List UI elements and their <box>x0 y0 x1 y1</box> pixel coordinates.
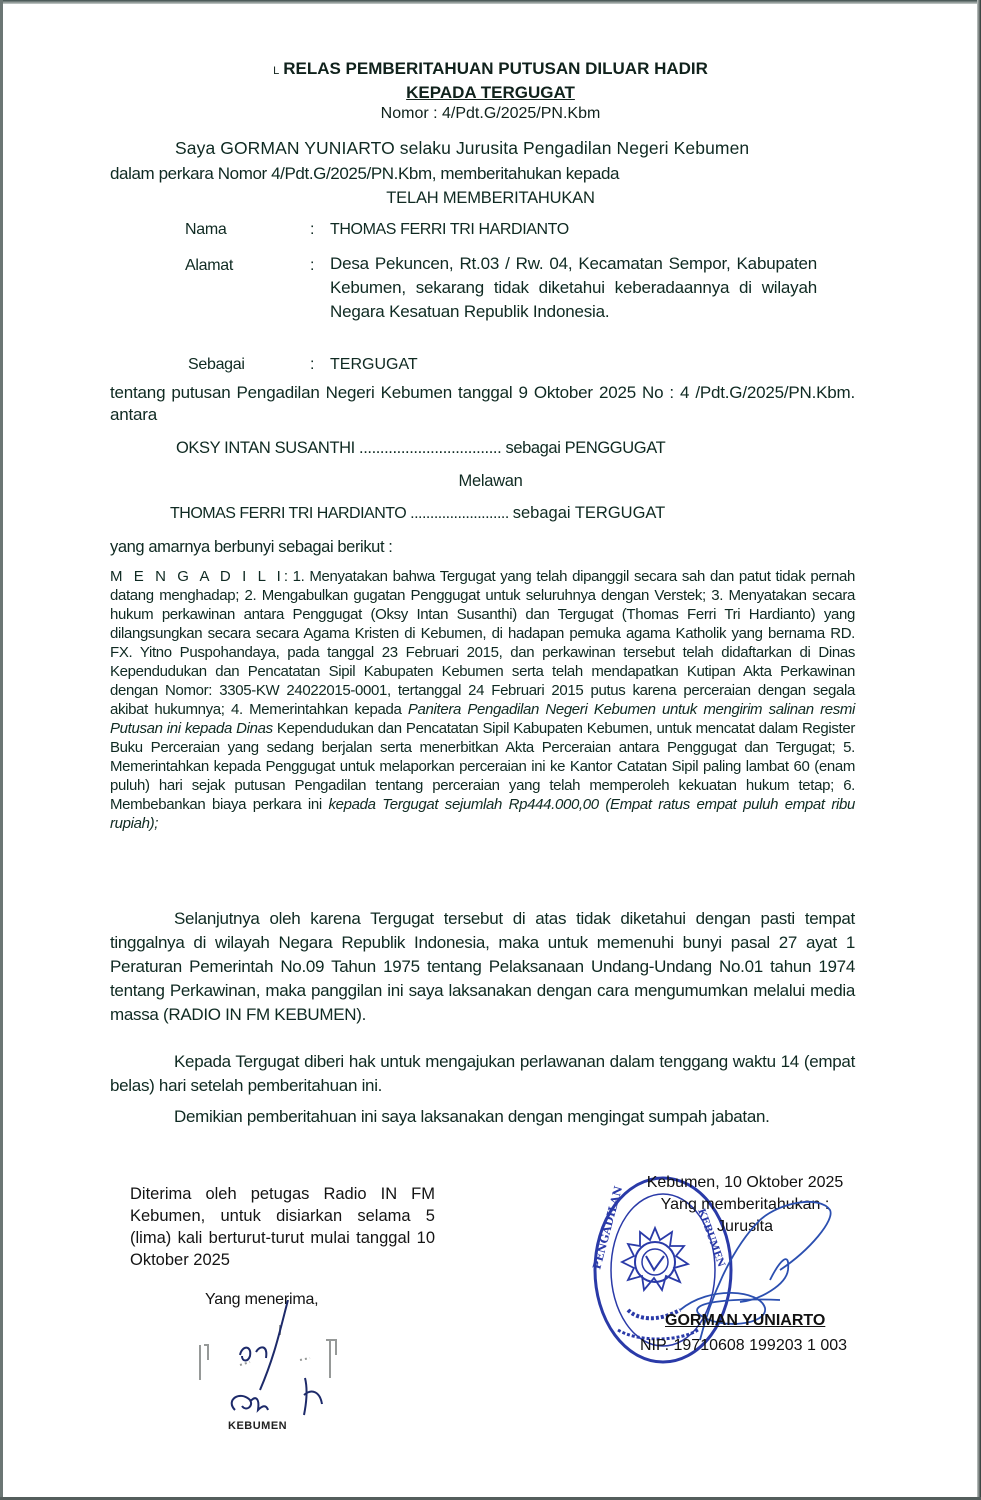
tentang-putusan: tentang putusan Pengadilan Negeri Kebume… <box>110 382 855 426</box>
sebagai-colon: : <box>310 353 314 377</box>
defendant-role: sebagai TERGUGAT <box>513 504 666 522</box>
verdict-part-1: : 1. Menyatakan bahwa Tergugat yang tela… <box>110 568 855 718</box>
telah-memberitahukan-heading: TELAH MEMBERITAHUKAN <box>0 186 981 210</box>
mengadili-verdict: M E N G A D I L I: 1. Menyatakan bahwa T… <box>110 567 855 833</box>
nama-value: THOMAS FERRI TRI HARDIANTO <box>330 218 569 242</box>
amar-intro: yang amarnya berbunyi sebagai berikut : <box>110 535 393 559</box>
defendant-line: THOMAS FERRI TRI HARDIANTO .............… <box>170 501 665 526</box>
received-note: Diterima oleh petugas Radio IN FM Kebume… <box>130 1183 435 1271</box>
plaintiff-role: sebagai PENGGUGAT <box>505 439 665 457</box>
alamat-label: Alamat <box>185 254 233 278</box>
plaintiff-dots: .................................. <box>355 439 506 457</box>
title-text: RELAS PEMBERITAHUAN PUTUSAN DILUAR HADIR <box>283 59 708 78</box>
paragraph-selanjutnya-text: Selanjutnya oleh karena Tergugat tersebu… <box>110 909 855 1024</box>
defendant-dots: ......................... <box>406 505 513 522</box>
document-number: Nomor : 4/Pdt.G/2025/PN.Kbm <box>0 104 981 124</box>
alamat-value: Desa Pekuncen, Rt.03 / Rw. 04, Kecamatan… <box>330 252 817 324</box>
plaintiff-line: OKSY INTAN SUSANTHI ....................… <box>176 436 665 460</box>
alamat-colon: : <box>310 254 314 278</box>
paragraph-selanjutnya: Selanjutnya oleh karena Tergugat tersebu… <box>110 907 855 1027</box>
intro-line-1: Saya GORMAN YUNIARTO selaku Jurusita Pen… <box>175 136 845 160</box>
signer-nip: NIP. 19710608 199203 1 003 <box>640 1337 847 1355</box>
sebagai-value: TERGUGAT <box>330 353 418 377</box>
defendant-name: THOMAS FERRI TRI HARDIANTO <box>170 505 406 522</box>
paragraph-demikian-text: Demikian pemberitahuan ini saya laksanak… <box>174 1107 770 1126</box>
document-subtitle: KEPADA TERGUGAT <box>0 82 981 104</box>
plaintiff-name: OKSY INTAN SUSANTHI <box>176 439 355 457</box>
document-header: LRELAS PEMBERITAHUAN PUTUSAN DILUAR HADI… <box>0 58 981 124</box>
paragraph-kepada: Kepada Tergugat diberi hak untuk mengaju… <box>110 1050 855 1098</box>
radio-stamp-label: KEBUMEN <box>228 1420 287 1432</box>
sebagai-label: Sebagai <box>188 353 245 377</box>
document-title: LRELAS PEMBERITAHUAN PUTUSAN DILUAR HADI… <box>0 58 981 82</box>
radio-stamp-icon <box>180 1300 360 1440</box>
paragraph-demikian: Demikian pemberitahuan ini saya laksanak… <box>110 1105 855 1129</box>
title-mark: L <box>273 65 279 77</box>
document-page: LRELAS PEMBERITAHUAN PUTUSAN DILUAR HADI… <box>0 0 981 1500</box>
signer-name: GORMAN YUNIARTO <box>665 1312 825 1330</box>
mengadili-heading: M E N G A D I L I <box>110 568 284 585</box>
intro-line-2: dalam perkara Nomor 4/Pdt.G/2025/PN.Kbm,… <box>110 162 810 186</box>
nama-colon: : <box>310 218 314 242</box>
nama-label: Nama <box>185 218 226 242</box>
versus-label: Melawan <box>0 469 981 493</box>
paragraph-kepada-text: Kepada Tergugat diberi hak untuk mengaju… <box>110 1052 855 1095</box>
